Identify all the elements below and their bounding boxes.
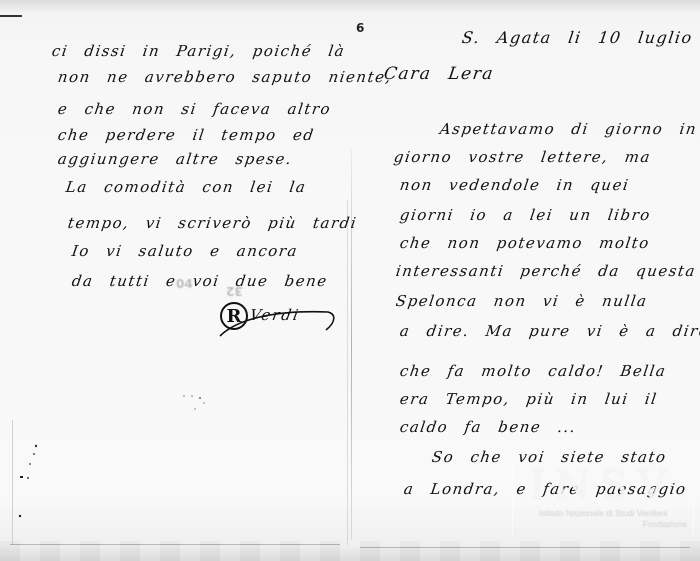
left-line-3: e che non si faceva altro <box>57 100 333 118</box>
page-number: 6 <box>356 21 364 35</box>
signature: R Verdi <box>218 302 338 342</box>
watermark-name-line-2: Fondazione <box>513 519 693 530</box>
right-line-3: non vedendole in quei <box>399 176 631 194</box>
right-line-11: caldo fa bene ... <box>399 418 578 436</box>
dateline: S. Agata li 10 luglio 1836 <box>461 28 700 47</box>
institution-watermark: INSV Istituto Nazionale di Studi Verdian… <box>512 464 694 538</box>
right-page-bottom-edge <box>360 547 690 548</box>
right-line-13: a Londra, e fare paesaggio <box>403 480 688 498</box>
ink-specks-icon <box>180 393 220 413</box>
faint-stamp-1: 04 <box>176 277 193 291</box>
right-line-6: interessanti perché da questa <box>395 262 698 280</box>
letter-scan: 6 ci dissi in Parigi, poiché là non ne a… <box>0 0 700 561</box>
left-page-right-edge <box>347 200 348 545</box>
left-line-4: che perdere il tempo ed <box>57 126 316 144</box>
faint-stamp-2: 32 <box>226 284 243 298</box>
left-line-5: aggiungere altre spese. <box>57 150 294 168</box>
right-line-7: Spelonca non vi è nulla <box>395 292 649 310</box>
left-line-9: da tutti e voi due bene <box>71 272 329 290</box>
watermark-name-line-1: Istituto Nazionale di Studi Verdiani <box>513 508 693 519</box>
left-line-1: ci dissi in Parigi, poiché là <box>51 42 347 60</box>
right-line-9: che fa molto caldo! Bella <box>399 362 668 380</box>
signature-monogram: R <box>220 302 248 330</box>
left-line-7: tempo, vi scriverò più tardi <box>67 214 359 232</box>
salutation: Cara Lera <box>383 64 496 84</box>
signature-name: Verdi <box>248 306 301 324</box>
left-page-edge <box>12 420 13 545</box>
right-line-4: giorni io a lei un libro <box>399 206 652 224</box>
page-fold <box>351 150 352 540</box>
right-line-5: che non potevamo molto <box>399 234 651 252</box>
right-line-10: era Tempo, più in lui il <box>399 390 659 408</box>
right-line-1: Aspettavamo di giorno in <box>439 120 699 138</box>
right-line-8: a dire. Ma pure vi è a dire <box>399 322 700 340</box>
margin-mark <box>0 15 22 17</box>
left-page-bottom-edge <box>10 544 340 545</box>
ink-specks-icon <box>14 440 54 530</box>
left-line-2: non ne avrebbero saputo niente, <box>57 68 393 86</box>
right-line-2: giorno vostre lettere, ma <box>393 148 652 166</box>
right-line-12: So che voi siete stato <box>431 448 668 466</box>
left-line-6: La comodità con lei la <box>65 178 308 196</box>
left-line-8: Io vi saluto e ancora <box>71 242 300 260</box>
